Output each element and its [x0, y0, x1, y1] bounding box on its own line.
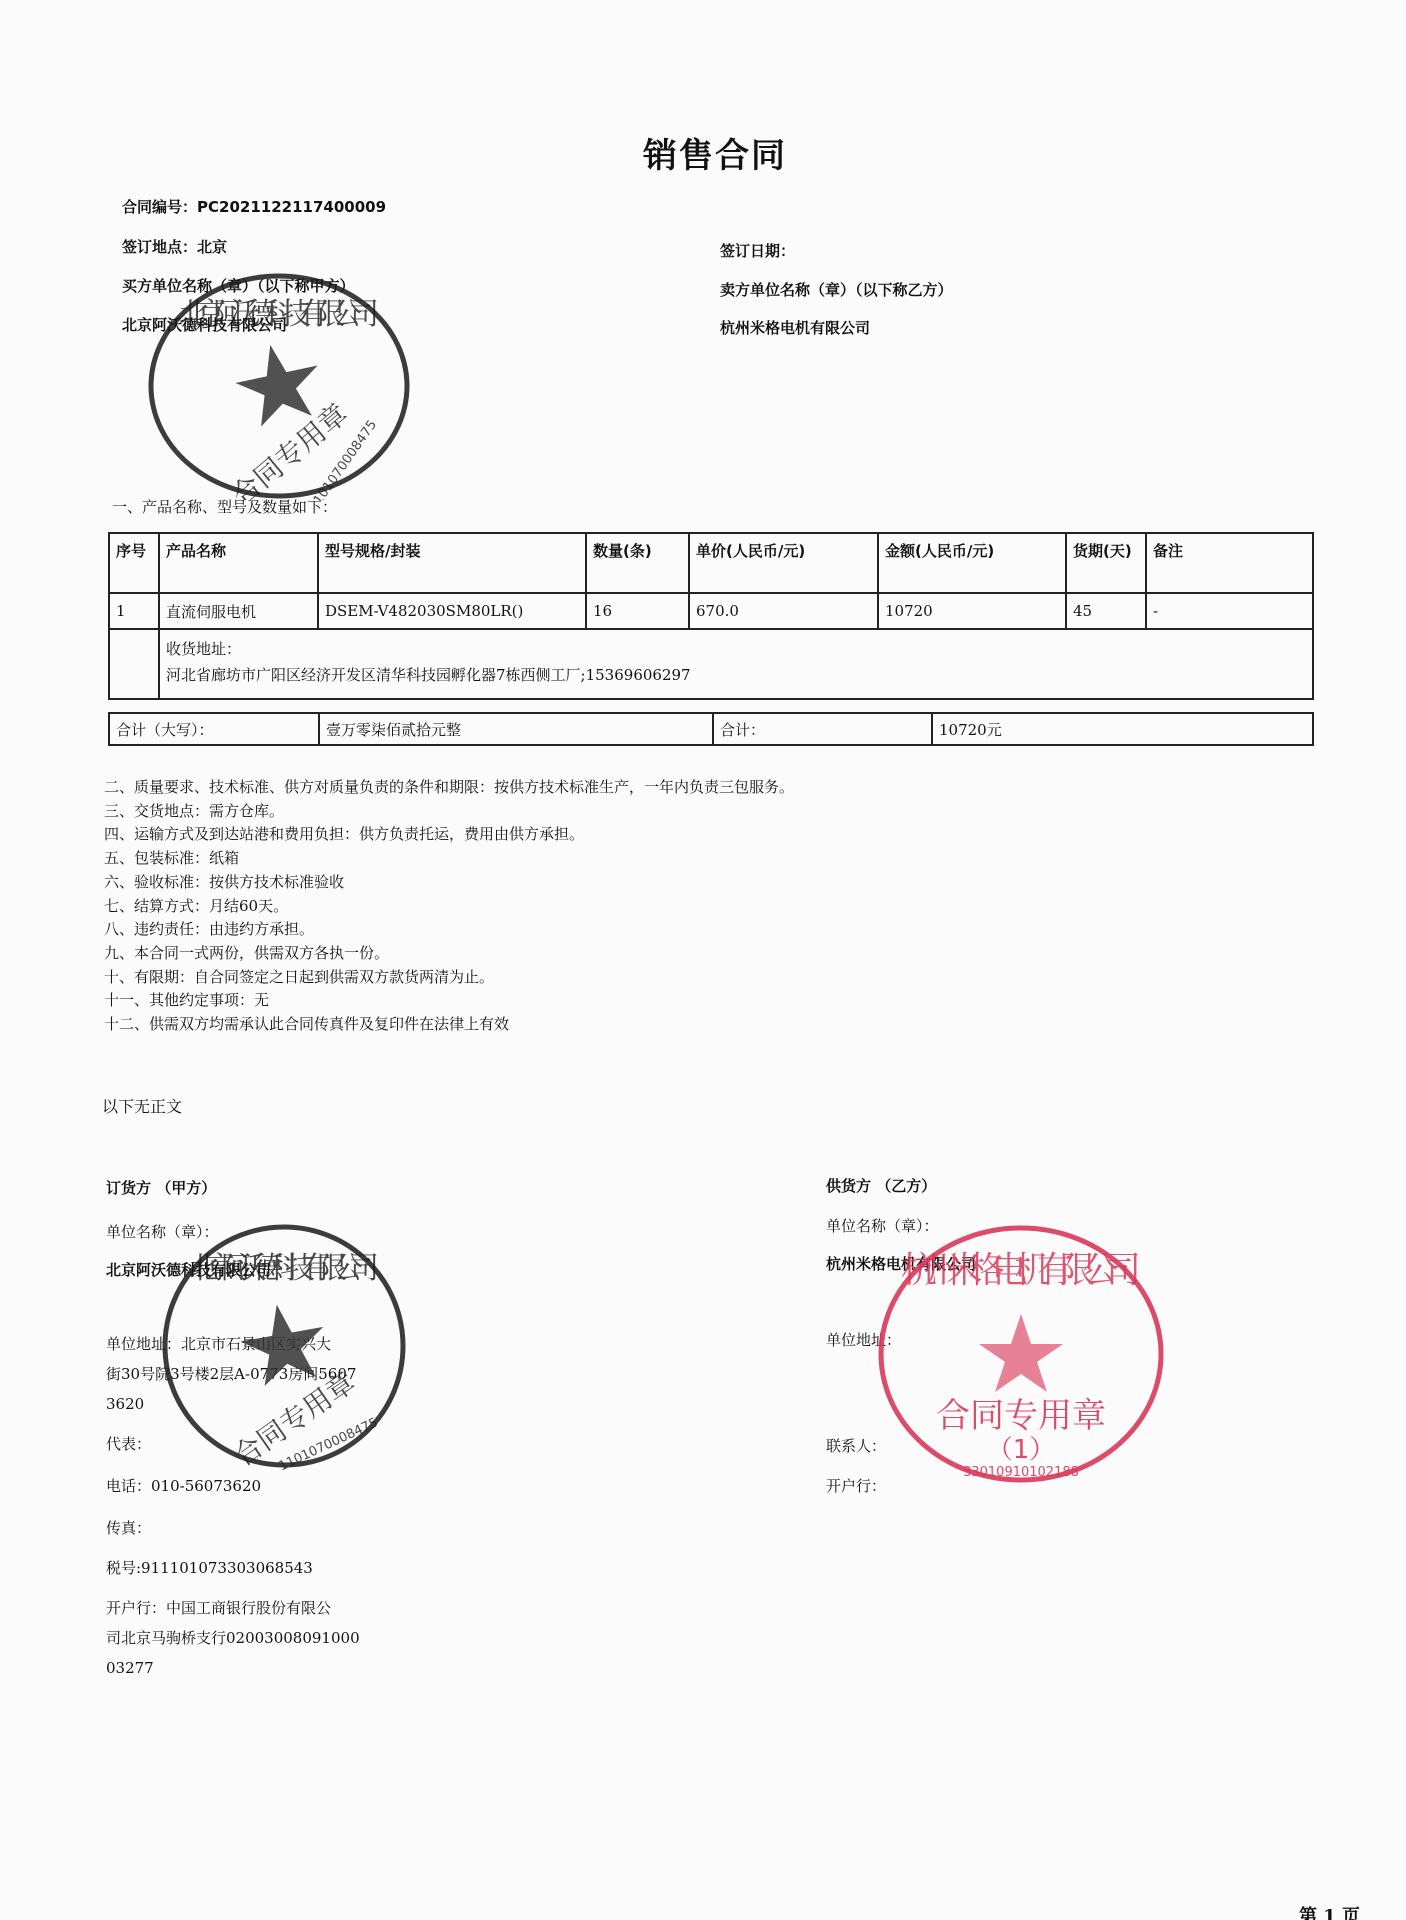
- contract-number: 合同编号：PC2021122117400009: [122, 196, 386, 217]
- table-header-row: 序号 产品名称 型号规格/封装 数量(条) 单价(人民币/元) 金额(人民币/元…: [109, 533, 1313, 593]
- term-item: 七、结算方式：月结60天。: [104, 895, 794, 919]
- buyer-unit-name: 北京阿沃德科技有限公司: [106, 1260, 360, 1334]
- total-row: 合计（大写）： 壹万零柒佰贰拾元整 合计： 10720元: [109, 713, 1313, 745]
- cell-amount: 10720: [878, 593, 1066, 629]
- cell-lead-days: 45: [1066, 593, 1146, 629]
- buyer-title: 订货方 （甲方）: [106, 1178, 360, 1222]
- col-header-qty: 数量(条): [586, 533, 689, 593]
- term-item: 四、运输方式及到达站港和费用负担：供方负责托运，费用由供方承担。: [104, 823, 794, 847]
- total-caps-value: 壹万零柒佰贰拾元整: [319, 713, 713, 745]
- page-number: 第 1 页: [1299, 1902, 1360, 1920]
- sign-place-label: 签订地点：: [122, 238, 197, 256]
- buyer-address-line1: 单位地址：北京市石景山区实兴大: [106, 1334, 360, 1364]
- seal-sub-text: （1）: [987, 1435, 1056, 1465]
- buyer-company-seal-top: 北京阿沃德科技有限公司 合同专用章 1101070008475: [146, 272, 412, 500]
- buyer-bank-line1: 开户行：中国工商银行股份有限公: [106, 1598, 360, 1628]
- seller-contact-label: 联系人：: [826, 1436, 976, 1476]
- seller-unit-name-label: 单位名称（章）：: [826, 1216, 976, 1254]
- table-row: 1 直流伺服电机 DSEM-V482030SM80LR() 16 670.0 1…: [109, 593, 1313, 629]
- total-table: 合计（大写）： 壹万零柒佰贰拾元整 合计： 10720元: [108, 712, 1314, 746]
- address-label: 收货地址：: [166, 636, 1306, 662]
- seller-bank-label: 开户行：: [826, 1476, 976, 1516]
- cell-model: DSEM-V482030SM80LR(): [318, 593, 586, 629]
- cell-name: 直流伺服电机: [159, 593, 318, 629]
- buyer-bank-line2: 司北京马驹桥支行02003008091000: [106, 1628, 360, 1658]
- document-title: 销售合同: [0, 128, 1406, 177]
- seller-block: 供货方 （乙方） 单位名称（章）： 杭州米格电机有限公司 单位地址： 联系人： …: [826, 1176, 976, 1516]
- buyer-address-line2: 街30号院3号楼2层A-0773房间5607: [106, 1364, 360, 1394]
- cell-qty: 16: [586, 593, 689, 629]
- address-cell: 收货地址： 河北省廊坊市广阳区经济开发区清华科技园孵化器7栋西侧工厂;15369…: [159, 629, 1313, 699]
- contract-number-value: PC2021122117400009: [197, 198, 386, 216]
- seal-bottom-text: 合同专用章: [226, 397, 354, 500]
- term-item: 五、包装标准：纸箱: [104, 847, 794, 871]
- seller-unit-name: 杭州米格电机有限公司: [826, 1254, 976, 1330]
- seal-code: 3301091010218​8: [963, 1465, 1079, 1480]
- address-spacer-cell: [109, 629, 159, 699]
- term-item: 六、验收标准：按供方技术标准验收: [104, 871, 794, 895]
- term-item: 二、质量要求、技术标准、供方对质量负责的条件和期限：按供方技术标准生产，一年内负…: [104, 776, 794, 800]
- buyer-unit-name-label: 单位名称（章）：: [106, 1222, 360, 1260]
- cell-no: 1: [109, 593, 159, 629]
- term-item: 十二、供需双方均需承认此合同传真件及复印件在法律上有效: [104, 1013, 794, 1037]
- col-header-note: 备注: [1146, 533, 1313, 593]
- buyer-fax: 传真：: [106, 1518, 360, 1558]
- term-item: 九、本合同一式两份，供需双方各执一份。: [104, 942, 794, 966]
- col-header-unit-price: 单价(人民币/元): [689, 533, 878, 593]
- term-item: 十一、其他约定事项：无: [104, 989, 794, 1013]
- seller-name: 杭州米格电机有限公司: [720, 317, 870, 338]
- buyer-rep-label: 代表：: [106, 1434, 360, 1476]
- buyer-tax-no: 税号:911101073303068543: [106, 1558, 360, 1598]
- sign-date-label: 签订日期：: [720, 240, 795, 261]
- contract-number-label: 合同编号：: [122, 198, 197, 216]
- buyer-bank-line3: 03277: [106, 1658, 360, 1688]
- col-header-lead-days: 货期(天): [1066, 533, 1146, 593]
- seal-code: 1101070008475: [306, 418, 380, 500]
- buyer-label: 买方单位名称（章）（以下称甲方）: [122, 275, 355, 296]
- col-header-name: 产品名称: [159, 533, 318, 593]
- section-1-label: 一、产品名称、型号及数量如下：: [112, 496, 337, 517]
- end-note: 以下无正文: [102, 1094, 182, 1117]
- total-value: 10720元: [932, 713, 1313, 745]
- col-header-no: 序号: [109, 533, 159, 593]
- term-item: 十、有限期：自合同签定之日起到供需双方款货两清为止。: [104, 966, 794, 990]
- seller-title: 供货方 （乙方）: [826, 1176, 976, 1216]
- seller-address-label: 单位地址：: [826, 1330, 976, 1436]
- address-value: 河北省廊坊市广阳区经济开发区清华科技园孵化器7栋西侧工厂;15369606297: [166, 662, 1306, 688]
- seller-label: 卖方单位名称（章）（以下称乙方）: [720, 279, 953, 300]
- col-header-model: 型号规格/封装: [318, 533, 586, 593]
- buyer-name: 北京阿沃德科技有限公司: [122, 314, 287, 335]
- product-table: 序号 产品名称 型号规格/封装 数量(条) 单价(人民币/元) 金额(人民币/元…: [108, 532, 1314, 700]
- col-header-amount: 金额(人民币/元): [878, 533, 1066, 593]
- term-item: 八、违约责任：由违约方承担。: [104, 918, 794, 942]
- sign-place: 签订地点：北京: [122, 236, 227, 257]
- address-row: 收货地址： 河北省廊坊市广阳区经济开发区清华科技园孵化器7栋西侧工厂;15369…: [109, 629, 1313, 699]
- term-item: 三、交货地点：需方仓库。: [104, 800, 794, 824]
- cell-note: -: [1146, 593, 1313, 629]
- buyer-address-line3: 3620: [106, 1394, 360, 1434]
- total-caps-label: 合计（大写）：: [109, 713, 319, 745]
- contract-terms: 二、质量要求、技术标准、供方对质量负责的条件和期限：按供方技术标准生产，一年内负…: [104, 776, 794, 1037]
- cell-unit-price: 670.0: [689, 593, 878, 629]
- buyer-phone: 电话：010-56073620: [106, 1476, 360, 1518]
- sign-place-value: 北京: [197, 238, 227, 256]
- buyer-block: 订货方 （甲方） 单位名称（章）： 北京阿沃德科技有限公司 单位地址：北京市石景…: [106, 1178, 360, 1688]
- total-label: 合计：: [713, 713, 932, 745]
- seal-graphic: 北京阿沃德科技有限公司 合同专用章 1101070008475: [146, 272, 412, 500]
